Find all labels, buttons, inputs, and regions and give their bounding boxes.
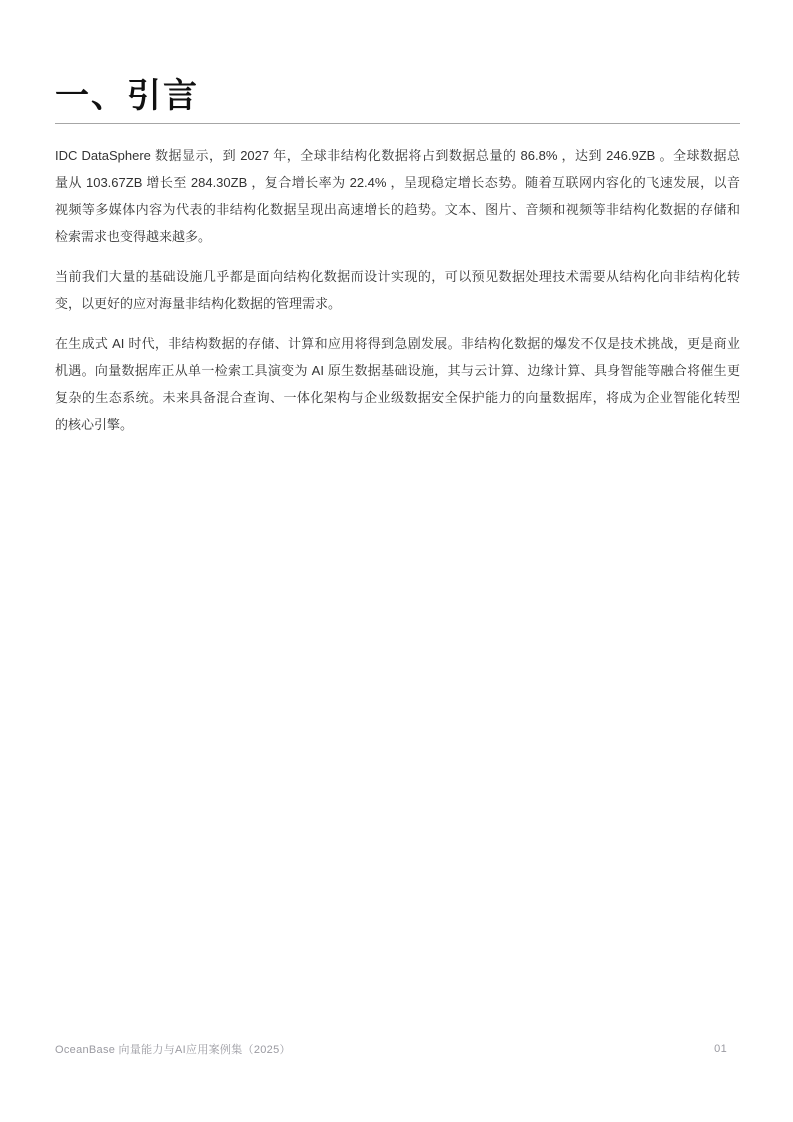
footer-page-number: 01 <box>714 1043 727 1055</box>
paragraph-line: 当前我们大量的基础设施几乎都是面向结构化数据而设计实现的，可以预见数据处理技术需… <box>55 263 740 290</box>
page-footer: OceanBase 向量能力与AI应用案例集（2025） 01 <box>55 1041 727 1057</box>
paragraph-line: 机遇。向量数据库正从单一检索工具演变为 AI 原生数据基础设施，其与云计算、边缘… <box>55 357 740 384</box>
page-content: 一、引言 IDC DataSphere 数据显示，到 2027 年，全球非结构化… <box>55 76 740 451</box>
footer-document-title: OceanBase 向量能力与AI应用案例集（2025） <box>55 1041 291 1057</box>
section-title: 一、引言 <box>55 76 740 116</box>
body-paragraphs: IDC DataSphere 数据显示，到 2027 年，全球非结构化数据将占到… <box>55 142 740 438</box>
document-page: 一、引言 IDC DataSphere 数据显示，到 2027 年，全球非结构化… <box>0 0 793 1122</box>
paragraph-line: 视频等多媒体内容为代表的非结构化数据呈现出高速增长的趋势。文本、图片、音频和视频… <box>55 196 740 223</box>
paragraph-line: 量从 103.67ZB 增长至 284.30ZB ，复合增长率为 22.4% ，… <box>55 169 740 196</box>
paragraph-line: IDC DataSphere 数据显示，到 2027 年，全球非结构化数据将占到… <box>55 142 740 169</box>
paragraph-line: 在生成式 AI 时代，非结构数据的存储、计算和应用将得到急剧发展。非结构化数据的… <box>55 330 740 357</box>
title-divider <box>55 123 740 124</box>
paragraph-line: 检索需求也变得越来越多。 <box>55 223 740 250</box>
paragraph: 在生成式 AI 时代，非结构数据的存储、计算和应用将得到急剧发展。非结构化数据的… <box>55 330 740 438</box>
paragraph: IDC DataSphere 数据显示，到 2027 年，全球非结构化数据将占到… <box>55 142 740 250</box>
paragraph-line: 变，以更好的应对海量非结构化数据的管理需求。 <box>55 290 740 317</box>
paragraph: 当前我们大量的基础设施几乎都是面向结构化数据而设计实现的，可以预见数据处理技术需… <box>55 263 740 317</box>
paragraph-line: 复杂的生态系统。未来具备混合查询、一体化架构与企业级数据安全保护能力的向量数据库… <box>55 384 740 411</box>
paragraph-line: 的核心引擎。 <box>55 411 740 438</box>
